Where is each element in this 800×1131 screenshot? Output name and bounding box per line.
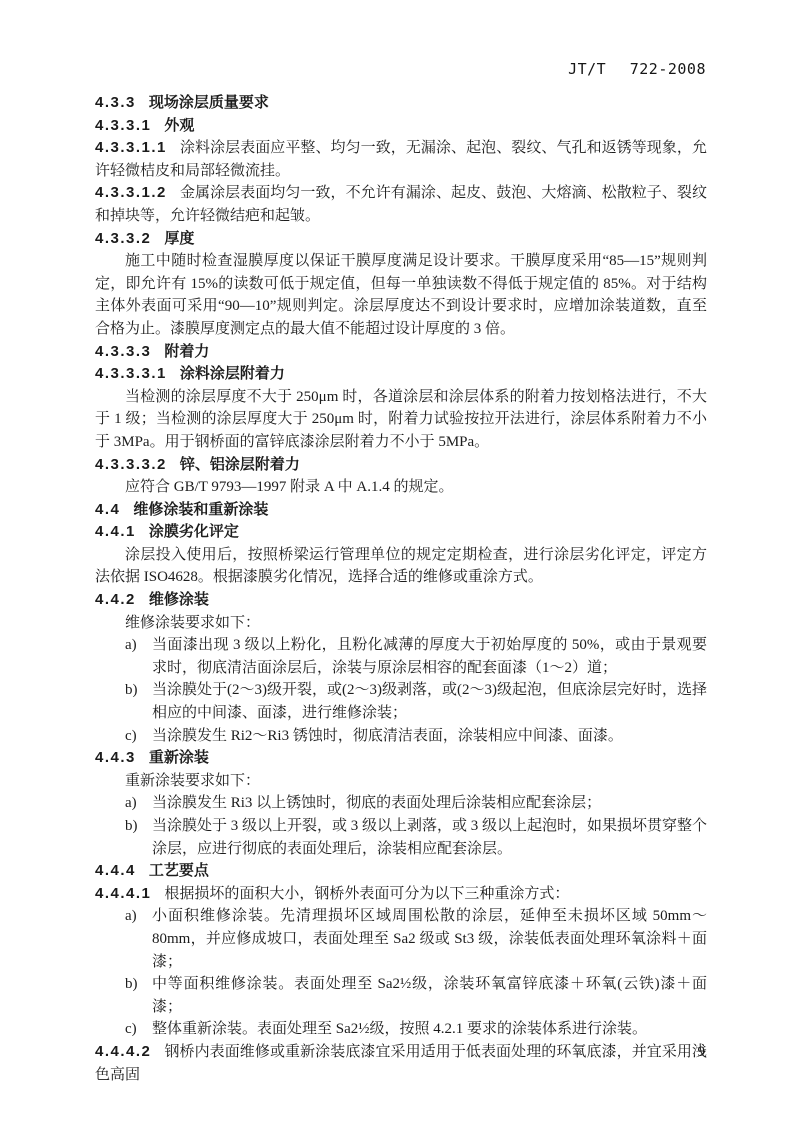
- list-item-text: 整体重新涂装。表面处理至 Sa2½级，按照 4.2.1 要求的涂装体系进行涂装。: [152, 1021, 647, 1037]
- paragraph: 维修涂装要求如下：: [95, 612, 707, 635]
- clause-text: 根据损坏的面积大小，钢桥外表面可分为以下三种重涂方式：: [164, 886, 569, 902]
- paragraph: 当检测的涂层厚度不大于 250μm 时，各道涂层和涂层体系的附着力按划格法进行，…: [95, 386, 707, 454]
- clause-heading: 4.3.3.2厚度: [95, 228, 707, 251]
- clause-paragraph: 4.3.3.1.1涂料涂层表面应平整、均匀一致，无漏涂、起泡、裂纹、气孔和返锈等…: [95, 137, 707, 182]
- clause-heading: 4.4维修涂装和重新涂装: [95, 499, 707, 522]
- list-item: a)当涂膜发生 Ri3 以上锈蚀时，彻底的表面处理后涂装相应配套涂层；: [95, 792, 707, 815]
- list-item-text: 中等面积维修涂装。表面处理至 Sa2½级，涂装环氧富锌底漆＋环氧(云铁)漆＋面漆…: [152, 976, 707, 1015]
- list-item-label: a): [125, 905, 137, 928]
- list: a)当面漆出现 3 级以上粉化，且粉化减薄的厚度大于初始厚度的 50%，或由于景…: [95, 634, 707, 747]
- clause-title: 重新涂装: [149, 749, 209, 766]
- clause-number: 4.3.3: [95, 94, 136, 111]
- clause-paragraph: 4.4.4.1根据损坏的面积大小，钢桥外表面可分为以下三种重涂方式：: [95, 883, 707, 906]
- page-number: 9: [698, 1044, 706, 1061]
- clause-paragraph: 4.4.4.2钢桥内表面维修或重新涂装底漆宜采用适用于低表面处理的环氧底漆，并宜…: [95, 1041, 707, 1086]
- clause-title: 现场涂层质量要求: [149, 94, 269, 111]
- list-item: c)当涂膜发生 Ri2～Ri3 锈蚀时，彻底清洁表面，涂装相应中间漆、面漆。: [95, 725, 707, 748]
- clause-text: 金属涂层表面均匀一致，不允许有漏涂、起皮、鼓泡、大熔滴、松散粒子、裂纹和掉块等，…: [95, 185, 707, 224]
- list-item-label: a): [125, 634, 137, 657]
- list-item-text: 当面漆出现 3 级以上粉化，且粉化减薄的厚度大于初始厚度的 50%，或由于景观要…: [152, 637, 707, 676]
- clause-title: 涂膜劣化评定: [149, 523, 239, 540]
- list: a)当涂膜发生 Ri3 以上锈蚀时，彻底的表面处理后涂装相应配套涂层；b)当涂膜…: [95, 792, 707, 860]
- clause-number: 4.4.4.2: [95, 1043, 151, 1060]
- list: a)小面积维修涂装。先清理损坏区域周围松散的涂层，延伸至未损坏区域 50mm～8…: [95, 905, 707, 1041]
- clause-paragraph: 4.3.3.1.2金属涂层表面均匀一致，不允许有漏涂、起皮、鼓泡、大熔滴、松散粒…: [95, 182, 707, 227]
- clause-number: 4.3.3.1.1: [95, 139, 167, 156]
- list-item-label: b): [125, 679, 138, 702]
- clause-title: 涂料涂层附着力: [180, 365, 285, 382]
- clause-number: 4.3.3.3: [95, 343, 151, 360]
- clause-title: 外观: [164, 117, 194, 134]
- clause-text: 涂料涂层表面应平整、均匀一致，无漏涂、起泡、裂纹、气孔和返锈等现象，允许轻微桔皮…: [95, 140, 707, 179]
- clause-title: 维修涂装: [149, 591, 209, 608]
- list-item-text: 当涂膜发生 Ri2～Ri3 锈蚀时，彻底清洁表面，涂装相应中间漆、面漆。: [152, 728, 623, 744]
- clause-number: 4.3.3.3.1: [95, 365, 167, 382]
- list-item-text: 当涂膜处于(2～3)级开裂，或(2～3)级剥落，或(2～3)级起泡，但底涂层完好…: [152, 682, 707, 721]
- clause-heading: 4.3.3.1外观: [95, 115, 707, 138]
- clause-number: 4.3.3.1.2: [95, 184, 167, 201]
- clause-number: 4.3.3.2: [95, 230, 151, 247]
- clause-number: 4.3.3.1: [95, 117, 151, 134]
- list-item-text: 小面积维修涂装。先清理损坏区域周围松散的涂层，延伸至未损坏区域 50mm～80m…: [152, 908, 707, 969]
- clause-title: 厚度: [164, 230, 194, 247]
- list-item-label: b): [125, 815, 138, 838]
- clause-title: 维修涂装和重新涂装: [133, 501, 268, 518]
- clause-number: 4.4.4: [95, 862, 136, 879]
- list-item: a)小面积维修涂装。先清理损坏区域周围松散的涂层，延伸至未损坏区域 50mm～8…: [95, 905, 707, 973]
- list-item-text: 当涂膜发生 Ri3 以上锈蚀时，彻底的表面处理后涂装相应配套涂层；: [152, 795, 601, 811]
- paragraph: 重新涂装要求如下：: [95, 770, 707, 793]
- list-item: b)中等面积维修涂装。表面处理至 Sa2½级，涂装环氧富锌底漆＋环氧(云铁)漆＋…: [95, 973, 707, 1018]
- clause-heading: 4.3.3.3.1涂料涂层附着力: [95, 363, 707, 386]
- list-item: b)当涂膜处于(2～3)级开裂，或(2～3)级剥落，或(2～3)级起泡，但底涂层…: [95, 679, 707, 724]
- clause-number: 4.4.3: [95, 749, 136, 766]
- list-item-text: 当涂膜处于 3 级以上开裂，或 3 级以上剥落，或 3 级以上起泡时，如果损坏贯…: [152, 818, 707, 857]
- clause-number: 4.4.1: [95, 523, 136, 540]
- paragraph: 应符合 GB/T 9793—1997 附录 A 中 A.1.4 的规定。: [95, 476, 707, 499]
- clause-heading: 4.4.2维修涂装: [95, 589, 707, 612]
- clause-text: 钢桥内表面维修或重新涂装底漆宜采用适用于低表面处理的环氧底漆，并宜采用浅色高固: [95, 1044, 707, 1083]
- paragraph: 涂层投入使用后，按照桥梁运行管理单位的规定定期检查，进行涂层劣化评定，评定方法依…: [95, 544, 707, 589]
- list-item: c)整体重新涂装。表面处理至 Sa2½级，按照 4.2.1 要求的涂装体系进行涂…: [95, 1018, 707, 1041]
- clause-heading: 4.3.3.3.2锌、铝涂层附着力: [95, 454, 707, 477]
- clause-number: 4.4: [95, 501, 120, 518]
- standard-code-header: JT/T 722-2008: [568, 60, 706, 78]
- clause-title: 锌、铝涂层附着力: [180, 456, 300, 473]
- clause-heading: 4.3.3现场涂层质量要求: [95, 92, 707, 115]
- clause-title: 附着力: [164, 343, 209, 360]
- clause-title: 工艺要点: [149, 862, 209, 879]
- list-item-label: a): [125, 792, 137, 815]
- clause-heading: 4.4.3重新涂装: [95, 747, 707, 770]
- clause-number: 4.4.2: [95, 591, 136, 608]
- clause-number: 4.4.4.1: [95, 885, 151, 902]
- clause-heading: 4.4.4工艺要点: [95, 860, 707, 883]
- document-content: 4.3.3现场涂层质量要求4.3.3.1外观4.3.3.1.1涂料涂层表面应平整…: [95, 92, 707, 1086]
- clause-heading: 4.3.3.3附着力: [95, 341, 707, 364]
- list-item: b)当涂膜处于 3 级以上开裂，或 3 级以上剥落，或 3 级以上起泡时，如果损…: [95, 815, 707, 860]
- list-item-label: b): [125, 973, 138, 996]
- clause-number: 4.3.3.3.2: [95, 456, 167, 473]
- paragraph: 施工中随时检查湿膜厚度以保证干膜厚度满足设计要求。干膜厚度采用“85—15”规则…: [95, 250, 707, 340]
- list-item: a)当面漆出现 3 级以上粉化，且粉化减薄的厚度大于初始厚度的 50%，或由于景…: [95, 634, 707, 679]
- list-item-label: c): [125, 725, 137, 748]
- list-item-label: c): [125, 1018, 137, 1041]
- clause-heading: 4.4.1涂膜劣化评定: [95, 521, 707, 544]
- document-page: JT/T 722-2008 4.3.3现场涂层质量要求4.3.3.1外观4.3.…: [0, 0, 800, 1131]
